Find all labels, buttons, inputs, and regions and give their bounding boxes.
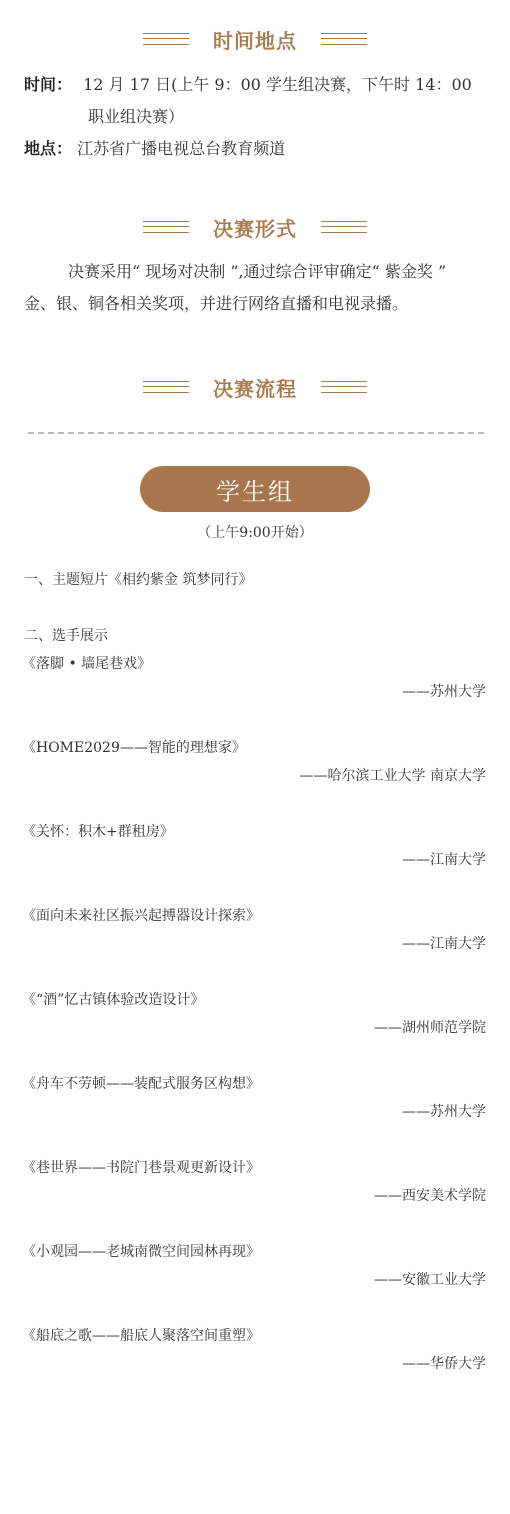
place-line: 地点： 江苏省广播电视总台教育频道 bbox=[24, 138, 285, 160]
time-label: 时间： bbox=[24, 75, 72, 94]
program-item-2: 二、选手展示 bbox=[24, 626, 108, 646]
work-school: ——江南大学 bbox=[402, 934, 486, 954]
triple-line-decoration-icon bbox=[143, 221, 189, 234]
section-header-process: 决赛流程 bbox=[0, 372, 510, 402]
triple-line-decoration-icon bbox=[143, 381, 189, 394]
time-value-continued: 职业组决赛） bbox=[88, 106, 184, 128]
dashed-divider bbox=[28, 432, 484, 434]
work-school: ——安徽工业大学 bbox=[374, 1270, 486, 1290]
work-school: ——苏州大学 bbox=[402, 682, 486, 702]
place-value: 江苏省广播电视总台教育频道 bbox=[77, 139, 285, 158]
work-school: ——哈尔滨工业大学 南京大学 bbox=[300, 766, 486, 786]
format-paragraph-line2: 金、银、铜各相关奖项，并进行网络直播和电视录播。 bbox=[24, 288, 494, 320]
section-header-time-place: 时间地点 bbox=[0, 24, 510, 54]
work-title: 《舟车不劳顿——装配式服务区构想》 bbox=[22, 1074, 260, 1094]
work-title: 《船底之歌——船底人聚落空间重塑》 bbox=[22, 1326, 260, 1346]
triple-line-decoration-icon bbox=[321, 33, 367, 46]
place-label: 地点： bbox=[24, 139, 72, 158]
work-school: ——湖州师范学院 bbox=[374, 1018, 486, 1038]
work-school: ——江南大学 bbox=[402, 850, 486, 870]
section-title: 时间地点 bbox=[213, 25, 297, 54]
work-title: 《HOME2029——智能的理想家》 bbox=[22, 738, 246, 758]
triple-line-decoration-icon bbox=[321, 381, 367, 394]
section-header-format: 决赛形式 bbox=[0, 212, 510, 242]
work-title: 《巷世界——书院门巷景观更新设计》 bbox=[22, 1158, 260, 1178]
format-paragraph-line1: 决赛采用“ 现场对决制 ”,通过综合评审确定“ 紫金奖 ” bbox=[24, 256, 494, 288]
program-item-1: 一、主题短片《相约紫金 筑梦同行》 bbox=[24, 570, 252, 590]
format-paragraph: 决赛采用“ 现场对决制 ”,通过综合评审确定“ 紫金奖 ” 金、银、铜各相关奖项… bbox=[24, 256, 494, 320]
work-title: 《小观园——老城南微空间园林再现》 bbox=[22, 1242, 260, 1262]
section-title: 决赛形式 bbox=[213, 213, 297, 242]
student-group-start-time: （上午9:00开始） bbox=[0, 522, 510, 542]
triple-line-decoration-icon bbox=[143, 33, 189, 46]
time-value: 12 月 17 日(上午 9：00 学生组决赛，下午时 14：00 bbox=[83, 75, 472, 94]
work-school: ——西安美术学院 bbox=[374, 1186, 486, 1206]
work-title: 《“酒”忆古镇体验改造设计》 bbox=[22, 990, 204, 1010]
work-title: 《关怀：积木+群租房》 bbox=[22, 822, 174, 842]
student-group-badge: 学生组 bbox=[140, 466, 370, 512]
triple-line-decoration-icon bbox=[321, 221, 367, 234]
section-title: 决赛流程 bbox=[213, 373, 297, 402]
work-title: 《落脚 • 墙尾巷戏》 bbox=[22, 654, 151, 674]
work-school: ——苏州大学 bbox=[402, 1102, 486, 1122]
time-line: 时间： 12 月 17 日(上午 9：00 学生组决赛，下午时 14：00 bbox=[24, 74, 472, 96]
work-school: ——华侨大学 bbox=[402, 1354, 486, 1374]
work-title: 《面向未来社区振兴起搏器设计探索》 bbox=[22, 906, 260, 926]
